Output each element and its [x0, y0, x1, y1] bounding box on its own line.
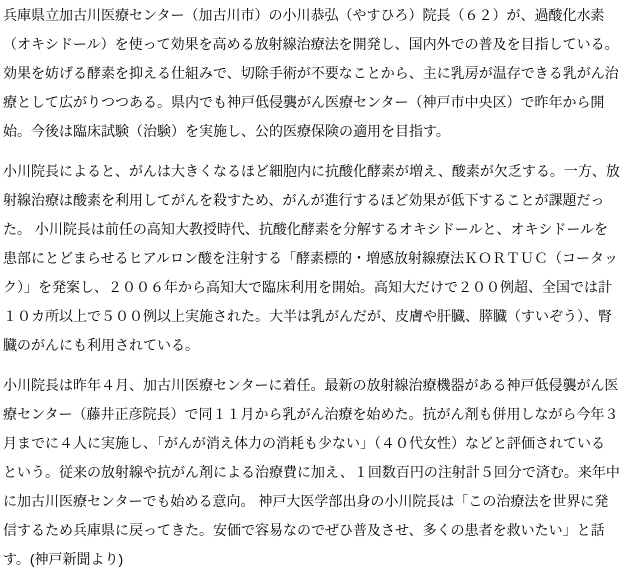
paragraph: 小川院長は昨年４月、加古川医療センターに着任。最新の放射線治療機器がある神戸低侵… [3, 371, 633, 568]
text-line: 始。今後は臨床試験（治験）を実施し、公的医療保険の適用を目指す。 [3, 117, 633, 146]
text-line: という。従来の放射線や抗がん剤による治療費に加え、１回数百円の注射計５回分で済む… [3, 458, 633, 487]
text-line: 効果を妨げる酵素を抑える仕組みで、切除手術が不要なことから、主に乳房が温存できる… [3, 59, 633, 88]
text-line: 臓のがんにも利用されている。 [3, 331, 633, 360]
text-line: １０カ所以上で５００例以上実施された。大半は乳がんだが、皮膚や肝臓、膵臓（すいぞ… [3, 302, 633, 331]
text-line: ク）」を発案し、２００６年から高知大で臨床利用を開始。高知大だけで２００例超、全… [3, 273, 633, 302]
text-line: 月までに４人に実施し、「がんが消え体力の消耗も少ない」（４０代女性）などと評価さ… [3, 429, 633, 458]
text-line: 小川院長は昨年４月、加古川医療センターに着任。最新の放射線治療機器がある神戸低侵… [3, 371, 633, 400]
article-text: 兵庫県立加古川医療センター（加古川市）の小川恭弘（やすひろ）院長（６２）が、過酸… [0, 0, 633, 568]
text-line: 兵庫県立加古川医療センター（加古川市）の小川恭弘（やすひろ）院長（６２）が、過酸… [3, 1, 633, 30]
paragraph: 兵庫県立加古川医療センター（加古川市）の小川恭弘（やすひろ）院長（６２）が、過酸… [3, 1, 633, 146]
paragraph: 小川院長によると、がんは大きくなるほど細胞内に抗酸化酵素が増え、酸素が欠乏する。… [3, 157, 633, 360]
text-line: に加古川医療センターでも始める意向。 神戸大医学部出身の小川院長は「この治療法を… [3, 487, 633, 516]
text-line: 療センター（藤井正彦院長）で同１１月から乳がん治療を始めた。抗がん剤も併用しなが… [3, 400, 633, 429]
text-line: す。(神戸新聞より) [3, 545, 633, 568]
text-line: た。 小川院長は前任の高知大教授時代、抗酸化酵素を分解するオキシドールと、オキシ… [3, 215, 633, 244]
text-line: 信するため兵庫県に戻ってきた。安価で容易なのでぜひ普及させ、多くの患者を救いたい… [3, 516, 633, 545]
text-line: 患部にとどまらせるヒアルロン酸を注射する「酵素標的・増感放射線療法ＫＯＲＴＵＣ（… [3, 244, 633, 273]
page: { "document": { "language": "ja", "backg… [0, 0, 633, 568]
text-line: 小川院長によると、がんは大きくなるほど細胞内に抗酸化酵素が増え、酸素が欠乏する。… [3, 157, 633, 186]
text-line: （オキシドール）を使って効果を高める放射線治療法を開発し、国内外での普及を目指し… [3, 30, 633, 59]
text-line: 射線治療は酸素を利用してがんを殺すため、がんが進行するほど効果が低下することが課… [3, 186, 633, 215]
text-line: 療として広がりつつある。県内でも神戸低侵襲がん医療センター（神戸市中央区）で昨年… [3, 88, 633, 117]
